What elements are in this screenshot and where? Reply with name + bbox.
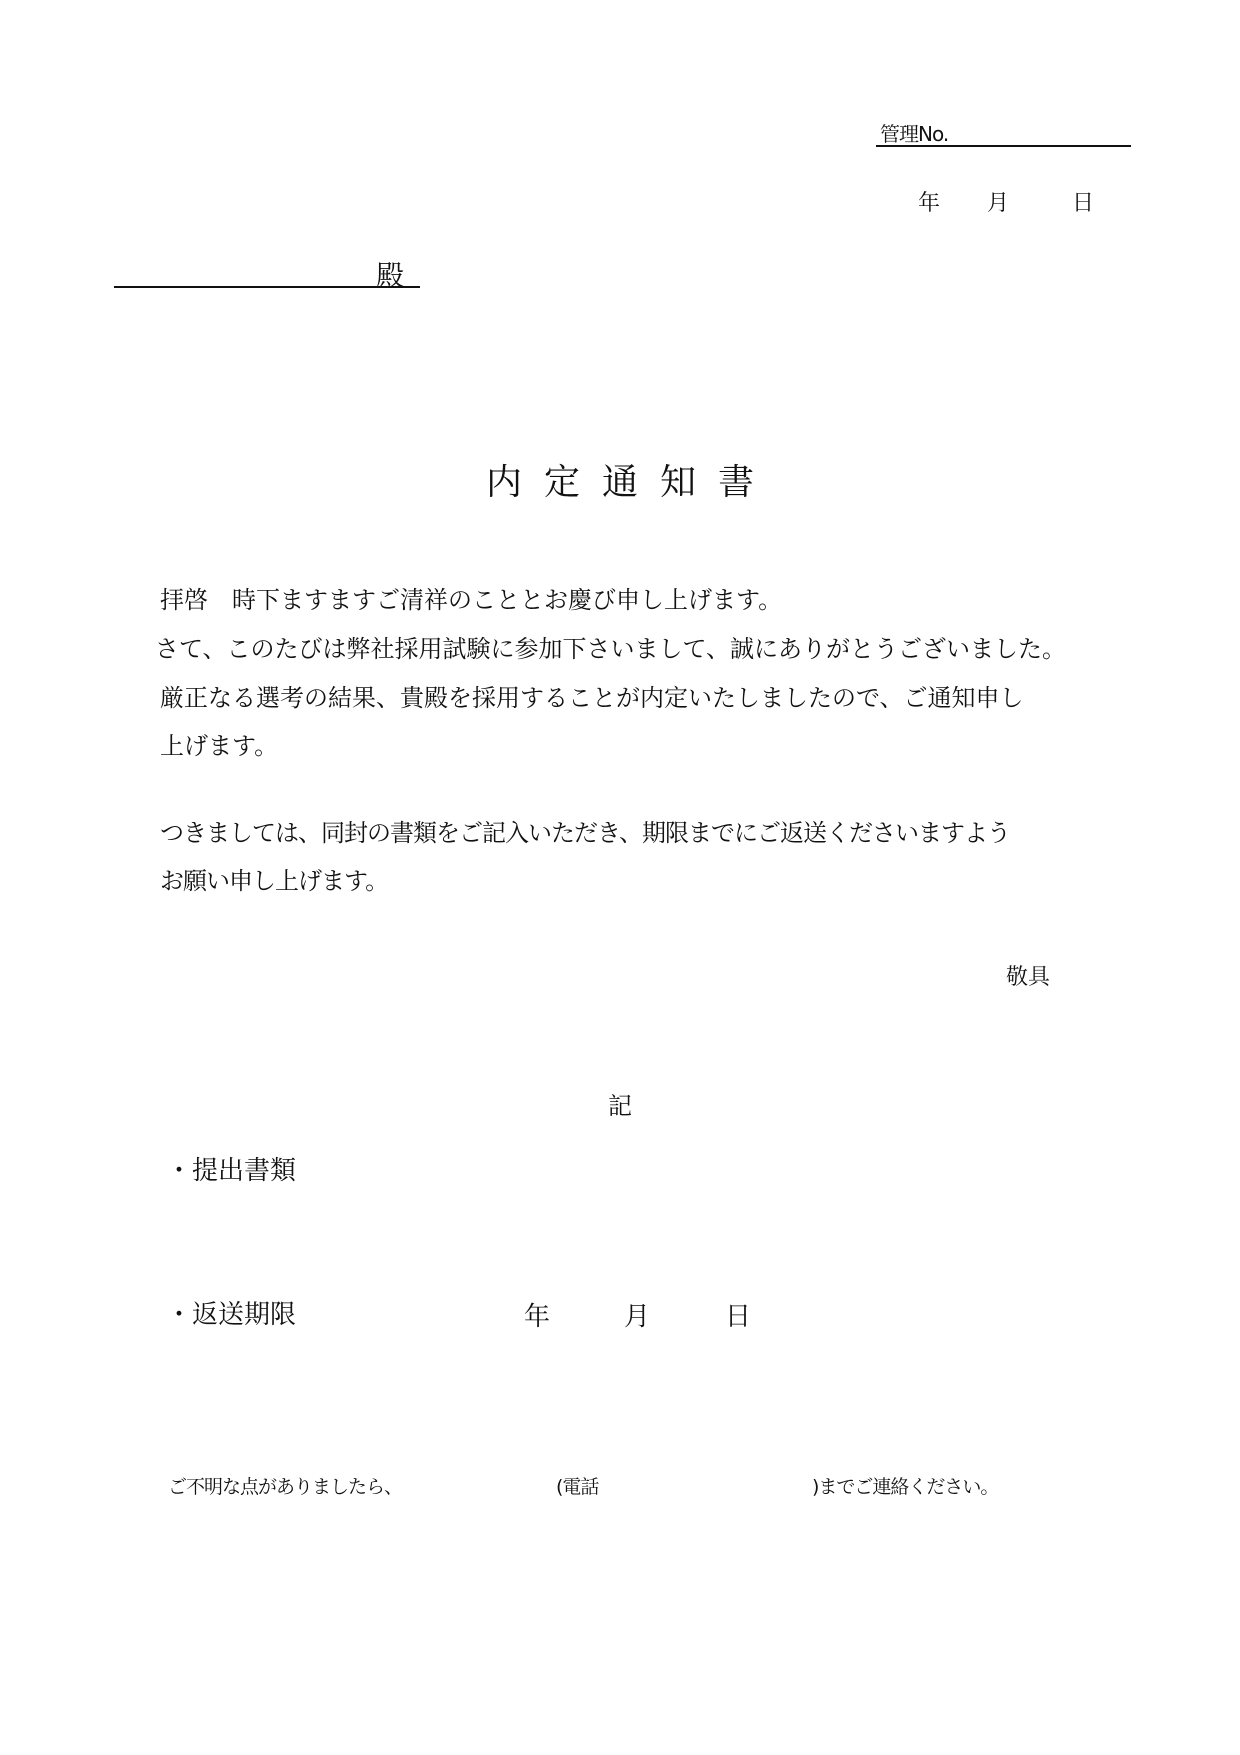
closing-salutation: 敬具 bbox=[1006, 960, 1050, 991]
issue-date-year: 年 bbox=[918, 186, 940, 217]
deadline-month: 月 bbox=[624, 1296, 650, 1333]
submission-documents-label: ・提出書類 bbox=[166, 1150, 296, 1187]
management-number-label: 管理No. bbox=[880, 118, 948, 147]
issue-date-day: 日 bbox=[1072, 186, 1094, 217]
return-deadline-label: ・返送期限 bbox=[166, 1294, 296, 1331]
body-line: つきましては、同封の書類をご記入いただき、期限までにご返送くださいますよう bbox=[160, 813, 1010, 848]
deadline-year: 年 bbox=[524, 1296, 550, 1333]
footer-contact-suffix: )までご連絡ください。 bbox=[812, 1472, 998, 1499]
addressee-name-field[interactable] bbox=[114, 286, 420, 288]
addressee-honorific: 殿 bbox=[376, 254, 404, 294]
deadline-day: 日 bbox=[725, 1296, 751, 1333]
issue-date-month: 月 bbox=[987, 186, 1009, 217]
footer-contact-prefix: ご不明な点がありましたら、 bbox=[168, 1472, 402, 1499]
footer-phone-label: (電話 bbox=[556, 1472, 598, 1499]
body-line: 上げます。 bbox=[160, 726, 278, 761]
body-line: 厳正なる選考の結果、貴殿を採用することが内定いたしましたので、ご通知申し bbox=[160, 678, 1024, 713]
document-title: 内定通知書 bbox=[0, 454, 1240, 505]
management-number-field[interactable] bbox=[876, 145, 1131, 147]
notes-heading: 記 bbox=[608, 1086, 632, 1121]
body-line: 拝啓 時下ますますご清祥のこととお慶び申し上げます。 bbox=[160, 580, 782, 615]
body-line: お願い申し上げます。 bbox=[160, 861, 388, 896]
body-line: さて、このたびは弊社採用試験に参加下さいまして、誠にありがとうございました。 bbox=[155, 629, 1066, 664]
